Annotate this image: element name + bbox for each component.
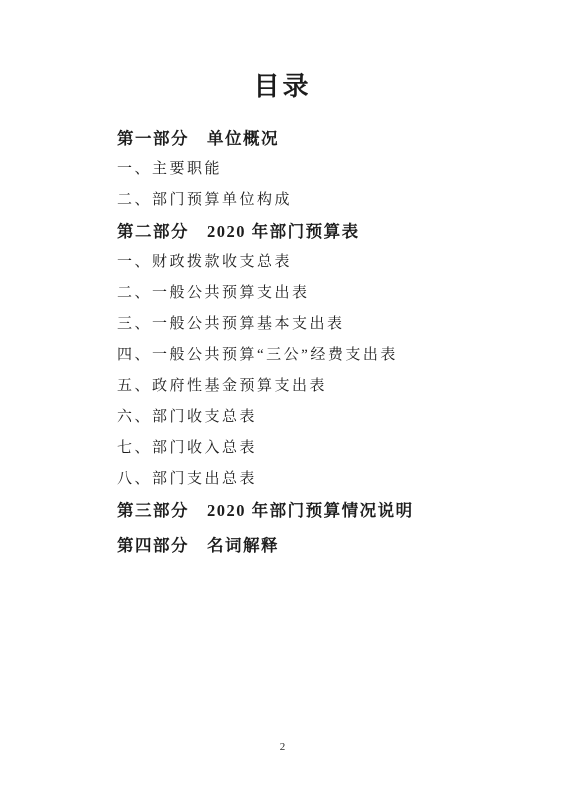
toc-heading-part4: 第四部分 名词解释 [117,535,525,556]
document-page: 目录 第一部分 单位概况 一、主要职能 二、部门预算单位构成 第二部分 2020… [0,0,565,800]
toc-item: 二、部门预算单位构成 [117,190,525,211]
toc-item: 五、政府性基金预算支出表 [117,376,525,397]
toc-item: 二、一般公共预算支出表 [117,283,525,304]
page-title: 目录 [0,0,565,103]
toc-item: 七、部门收入总表 [117,438,525,459]
toc-heading-part1: 第一部分 单位概况 [117,128,525,149]
toc-item: 三、一般公共预算基本支出表 [117,314,525,335]
toc-item: 六、部门收支总表 [117,407,525,428]
toc-item: 四、一般公共预算“三公”经费支出表 [117,345,525,366]
toc-heading-part2: 第二部分 2020 年部门预算表 [117,221,525,242]
toc-item: 一、主要职能 [117,159,525,180]
page-number: 2 [0,740,565,754]
toc-heading-part3: 第三部分 2020 年部门预算情况说明 [117,500,525,521]
toc-item: 八、部门支出总表 [117,469,525,490]
toc-item: 一、财政拨款收支总表 [117,252,525,273]
table-of-contents: 第一部分 单位概况 一、主要职能 二、部门预算单位构成 第二部分 2020 年部… [117,128,525,556]
